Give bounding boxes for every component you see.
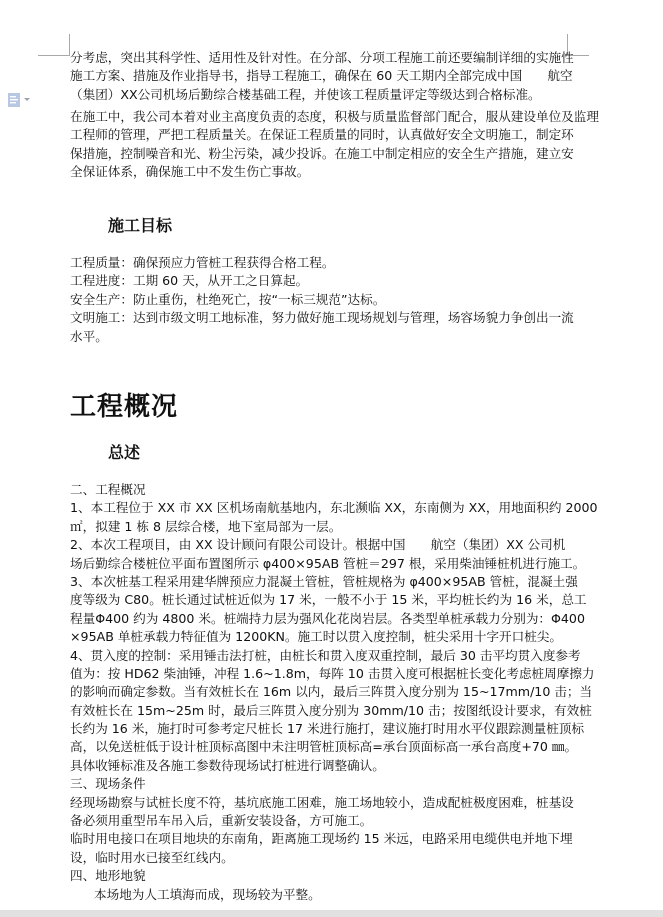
overview-item-4: 具体收锤标准及各施工参数待现场试打桩进行调整确认。 bbox=[70, 757, 570, 775]
text-line: 保措施，控制噪音和光、粉尘污染，减少投诉。在施工中制定相应的安全生产措施，建立安 bbox=[70, 145, 570, 163]
text-line: 全保证体系，确保施工中不发生伤亡事故。 bbox=[70, 163, 570, 181]
chapter-title: 工程概况 bbox=[70, 386, 178, 423]
document-page: 分考虑，突出其科学性、适用性及针对性。在分部、分项工程施工前还要编制详细的实施性… bbox=[0, 0, 663, 910]
text-line: 工程师的管理，严把工程质量关。在保证工程质量的同时，认真做好安全文明施工，制定环 bbox=[70, 126, 570, 144]
site-conditions-line: 经现场勘察与试桩长度不符，基坑底施工困难，施工场地较小，造成配桩极度困难，桩基设 bbox=[70, 794, 570, 812]
terrain-heading: 四、地形地貌 bbox=[70, 867, 570, 885]
overview-item-4: 的影响而确定参数。当有效桩长在 16m 以内，最后三阵贯入度分别为 15~17m… bbox=[70, 683, 570, 701]
section-heading-goals: 施工目标 bbox=[108, 213, 172, 236]
terrain-line: 本场地为人工填海而成，现场较为平整。 bbox=[70, 886, 570, 904]
site-conditions-line: 备必须用重型吊车吊入后，重新安装设备，方可施工。 bbox=[70, 812, 570, 830]
quality-paragraph: 在施工中，我公司本着对业主高度负责的态度，积极与质量监督部门配合，服从建设单位及… bbox=[70, 108, 570, 182]
site-conditions-line: 设，临时用水已接至红线内。 bbox=[70, 849, 570, 867]
paste-options-button[interactable] bbox=[8, 92, 30, 106]
text-line: （集团）XX公司机场后勤综合楼基础工程，并使该工程质量评定等级达到合格标准。 bbox=[70, 86, 570, 104]
overview-item-3: 度等级为 C80。桩长通过试桩近似为 17 米，一般不小于 15 米，平均桩长约… bbox=[70, 591, 570, 609]
margin-corner-mark-left bbox=[38, 34, 70, 56]
overview-item-1: ㎡，拟建 1 栋 8 层综合楼，地下室局部为一层。 bbox=[70, 518, 570, 536]
chevron-down-icon bbox=[24, 98, 30, 101]
site-conditions-heading: 三、现场条件 bbox=[70, 775, 570, 793]
goal-civilized-cont: 水平。 bbox=[70, 328, 570, 346]
overview-item-3: 程量Φ400 约为 4800 米。桩端持力层为强风化花岗岩层。各类型单桩承载力分… bbox=[70, 610, 570, 628]
goal-quality: 工程质量：确保预应力管桩工程获得合格工程。 bbox=[70, 254, 570, 272]
text-line: 在施工中，我公司本着对业主高度负责的态度，积极与质量监督部门配合，服从建设单位及… bbox=[70, 108, 570, 126]
overview-item-4: 值为：按 HD62 柴油锤，冲程 1.6~1.8m，每阵 10 击贯入度可根据桩… bbox=[70, 665, 570, 683]
overview-item-1: 1、本工程位于 XX 市 XX 区机场南航基地内，东北濒临 XX，东南侧为 XX… bbox=[70, 499, 570, 517]
overview-item-4: 长约为 16 米，施打时可参考定尺桩长 17 米进行施打，建议施打时用水平仪跟踪… bbox=[70, 720, 570, 738]
subsection-title: 总述 bbox=[108, 440, 140, 463]
goal-civilized: 文明施工：达到市级文明工地标准，努力做好施工现场规划与管理，场容场貌力争创出一流 bbox=[70, 309, 570, 327]
overview-item-4: 4、贯入度的控制：采用锤击法打桩，由桩长和贯入度双重控制，最后 30 击平均贯入… bbox=[70, 647, 570, 665]
overview-heading: 二、工程概况 bbox=[70, 481, 570, 499]
overview-item-4: 有效桩长在 15m~25m 时，最后三阵贯入度分别为 30mm/10 击；按图纸… bbox=[70, 702, 570, 720]
overview-item-2: 2、本次工程项目，由 XX 设计顾问有限公司设计。根据中国 航空（集团）XX 公… bbox=[70, 536, 570, 554]
text-line: 分考虑，突出其科学性、适用性及针对性。在分部、分项工程施工前还要编制详细的实施性 bbox=[70, 49, 570, 67]
site-conditions-line: 临时用电接口在项目地块的东南角，距离施工现场约 15 米远，电路采用电缆供电并地… bbox=[70, 830, 570, 848]
text-line: 施工方案、措施及作业指导书，指导工程施工，确保在 60 天工期内全部完成中国 航… bbox=[70, 67, 570, 85]
overview-section: 二、工程概况 1、本工程位于 XX 市 XX 区机场南航基地内，东北濒临 XX，… bbox=[70, 481, 570, 904]
page-gap bbox=[0, 910, 663, 917]
overview-item-3: ×95AB 单桩承载力特征值为 1200KN。施工时以贯入度控制，桩尖采用十字开… bbox=[70, 628, 570, 646]
intro-paragraph: 分考虑，突出其科学性、适用性及针对性。在分部、分项工程施工前还要编制详细的实施性… bbox=[70, 49, 570, 104]
overview-item-3: 3、本次桩基工程采用建华牌预应力混凝土管桩，管桩规格为 φ400×95AB 管桩… bbox=[70, 573, 570, 591]
goal-safety: 安全生产：防止重伤，杜绝死亡，按“一标三规范”达标。 bbox=[70, 291, 570, 309]
overview-item-2: 场后勤综合楼桩位平面布置图所示 φ400×95AB 管桩＝297 根，采用柴油锤… bbox=[70, 555, 570, 573]
overview-item-4: 高，以免送桩低于设计桩顶标高图中未注明管桩顶标高=承台顶面标高一承台高度+70 … bbox=[70, 738, 570, 756]
goal-schedule: 工程进度：工期 60 天，从开工之日算起。 bbox=[70, 272, 570, 290]
goals-list: 工程质量：确保预应力管桩工程获得合格工程。 工程进度：工期 60 天，从开工之日… bbox=[70, 254, 570, 346]
paste-options-icon bbox=[8, 92, 20, 106]
